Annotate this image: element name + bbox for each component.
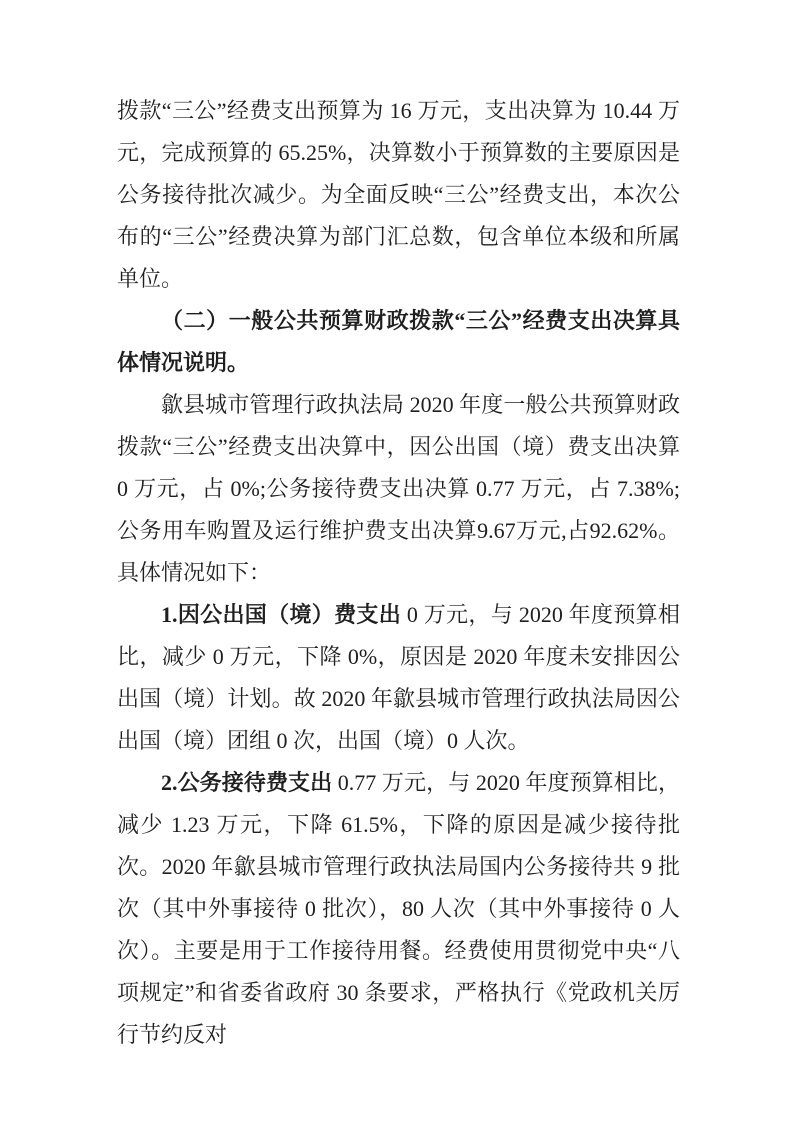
paragraph-text: 歙县城市管理行政执法局 2020 年度一般公共预算财政拨款“三公”经费支出决算中… [117, 392, 680, 585]
paragraph-text: 0.77 万元，与 2020 年度预算相比，减少 1.23 万元，下降 61.5… [117, 770, 680, 1047]
paragraph-budget-summary-continuation: 拨款“三公”经费支出预算为 16 万元，支出决算为 10.44 万元，完成预算的… [117, 90, 680, 300]
document-body: 拨款“三公”经费支出预算为 16 万元，支出决算为 10.44 万元，完成预算的… [117, 90, 680, 1056]
item-1-lead-label: 1.因公出国（境）费支出 [161, 602, 401, 627]
paragraph-expenditure-overview: 歙县城市管理行政执法局 2020 年度一般公共预算财政拨款“三公”经费支出决算中… [117, 384, 680, 594]
document-page: 拨款“三公”经费支出预算为 16 万元，支出决算为 10.44 万元，完成预算的… [0, 0, 793, 1122]
section-heading-text: （二）一般公共预算财政拨款“三公”经费支出决算具体情况说明。 [117, 308, 680, 375]
item-2-lead-label: 2.公务接待费支出 [161, 770, 332, 795]
section-heading-two: （二）一般公共预算财政拨款“三公”经费支出决算具体情况说明。 [117, 300, 680, 384]
paragraph-item-1-abroad-expense: 1.因公出国（境）费支出 0 万元，与 2020 年度预算相比，减少 0 万元，… [117, 594, 680, 762]
paragraph-item-2-reception-expense: 2.公务接待费支出 0.77 万元，与 2020 年度预算相比，减少 1.23 … [117, 762, 680, 1056]
paragraph-text: 拨款“三公”经费支出预算为 16 万元，支出决算为 10.44 万元，完成预算的… [117, 98, 680, 291]
